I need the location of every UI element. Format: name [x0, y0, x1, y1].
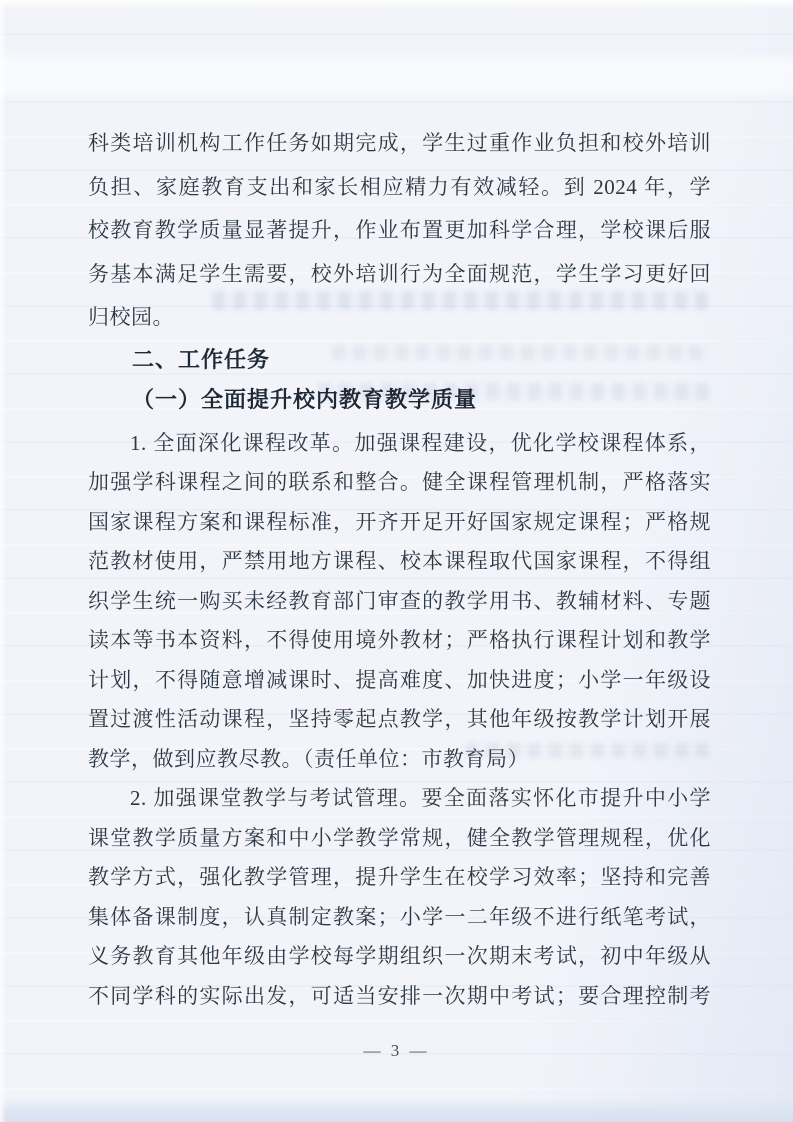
- paragraph-intro: 科类培训机构工作任务如期完成，学生过重作业负担和校外培训负担、家庭教育支出和家长…: [88, 122, 711, 340]
- text-line: 置过渡性活动课程，坚持零起点教学，其他年级按教学计划开展: [88, 700, 711, 740]
- text-line: 课堂教学质量方案和中小学教学常规，健全教学管理规程，优化: [88, 819, 711, 859]
- text-line: 读本等书本资料，不得使用境外教材；严格执行课程计划和教学: [88, 621, 711, 661]
- text-line: 不同学科的实际出发，可适当安排一次期中考试；要合理控制考: [88, 977, 711, 1017]
- text-line: 集体备课制度，认真制定教案；小学一二年级不进行纸笔考试，: [88, 898, 711, 938]
- text-line: 教学方式，强化教学管理，提升学生在校学习效率；坚持和完善: [88, 858, 711, 898]
- text-line: 归校园。: [88, 296, 711, 340]
- paragraph-item-1: 1. 全面深化课程改革。加强课程建设，优化学校课程体系，加强学科课程之间的联系和…: [88, 424, 711, 780]
- text-line: 务基本满足学生需要，校外培训行为全面规范，学生学习更好回: [88, 253, 711, 297]
- text-line: 织学生统一购买未经教育部门审查的教学用书、教辅材料、专题: [88, 582, 711, 622]
- text-line: 负担、家庭教育支出和家长相应精力有效减轻。到 2024 年，学: [88, 166, 711, 210]
- page-number: — 3 —: [0, 1041, 793, 1061]
- text-line: 科类培训机构工作任务如期完成，学生过重作业负担和校外培训: [88, 122, 711, 166]
- text-line: 校教育教学质量显著提升，作业布置更加科学合理，学校课后服: [88, 209, 711, 253]
- text-line: 计划，不得随意增减课时、提高难度、加快进度；小学一年级设: [88, 661, 711, 701]
- text-line: 国家课程方案和课程标准，开齐开足开好国家规定课程；严格规: [88, 503, 711, 543]
- section-heading-work-tasks: 二、工作任务: [88, 340, 711, 380]
- subsection-heading-quality: （一）全面提升校内教育教学质量: [88, 380, 711, 420]
- text-line: 2. 加强课堂教学与考试管理。要全面落实怀化市提升中小学: [88, 779, 711, 819]
- scanned-document-page: 科类培训机构工作任务如期完成，学生过重作业负担和校外培训负担、家庭教育支出和家长…: [0, 0, 793, 1122]
- text-line: 义务教育其他年级由学校每学期组织一次期末考试，初中年级从: [88, 937, 711, 977]
- document-body: 科类培训机构工作任务如期完成，学生过重作业负担和校外培训负担、家庭教育支出和家长…: [88, 122, 711, 1016]
- text-line: 范教材使用，严禁用地方课程、校本课程取代国家课程，不得组: [88, 542, 711, 582]
- text-line: 教学，做到应教尽教。（责任单位：市教育局）: [88, 740, 711, 780]
- text-line: 加强学科课程之间的联系和整合。健全课程管理机制，严格落实: [88, 463, 711, 503]
- text-line: 1. 全面深化课程改革。加强课程建设，优化学校课程体系，: [88, 424, 711, 464]
- paragraph-item-2: 2. 加强课堂教学与考试管理。要全面落实怀化市提升中小学课堂教学质量方案和中小学…: [88, 779, 711, 1016]
